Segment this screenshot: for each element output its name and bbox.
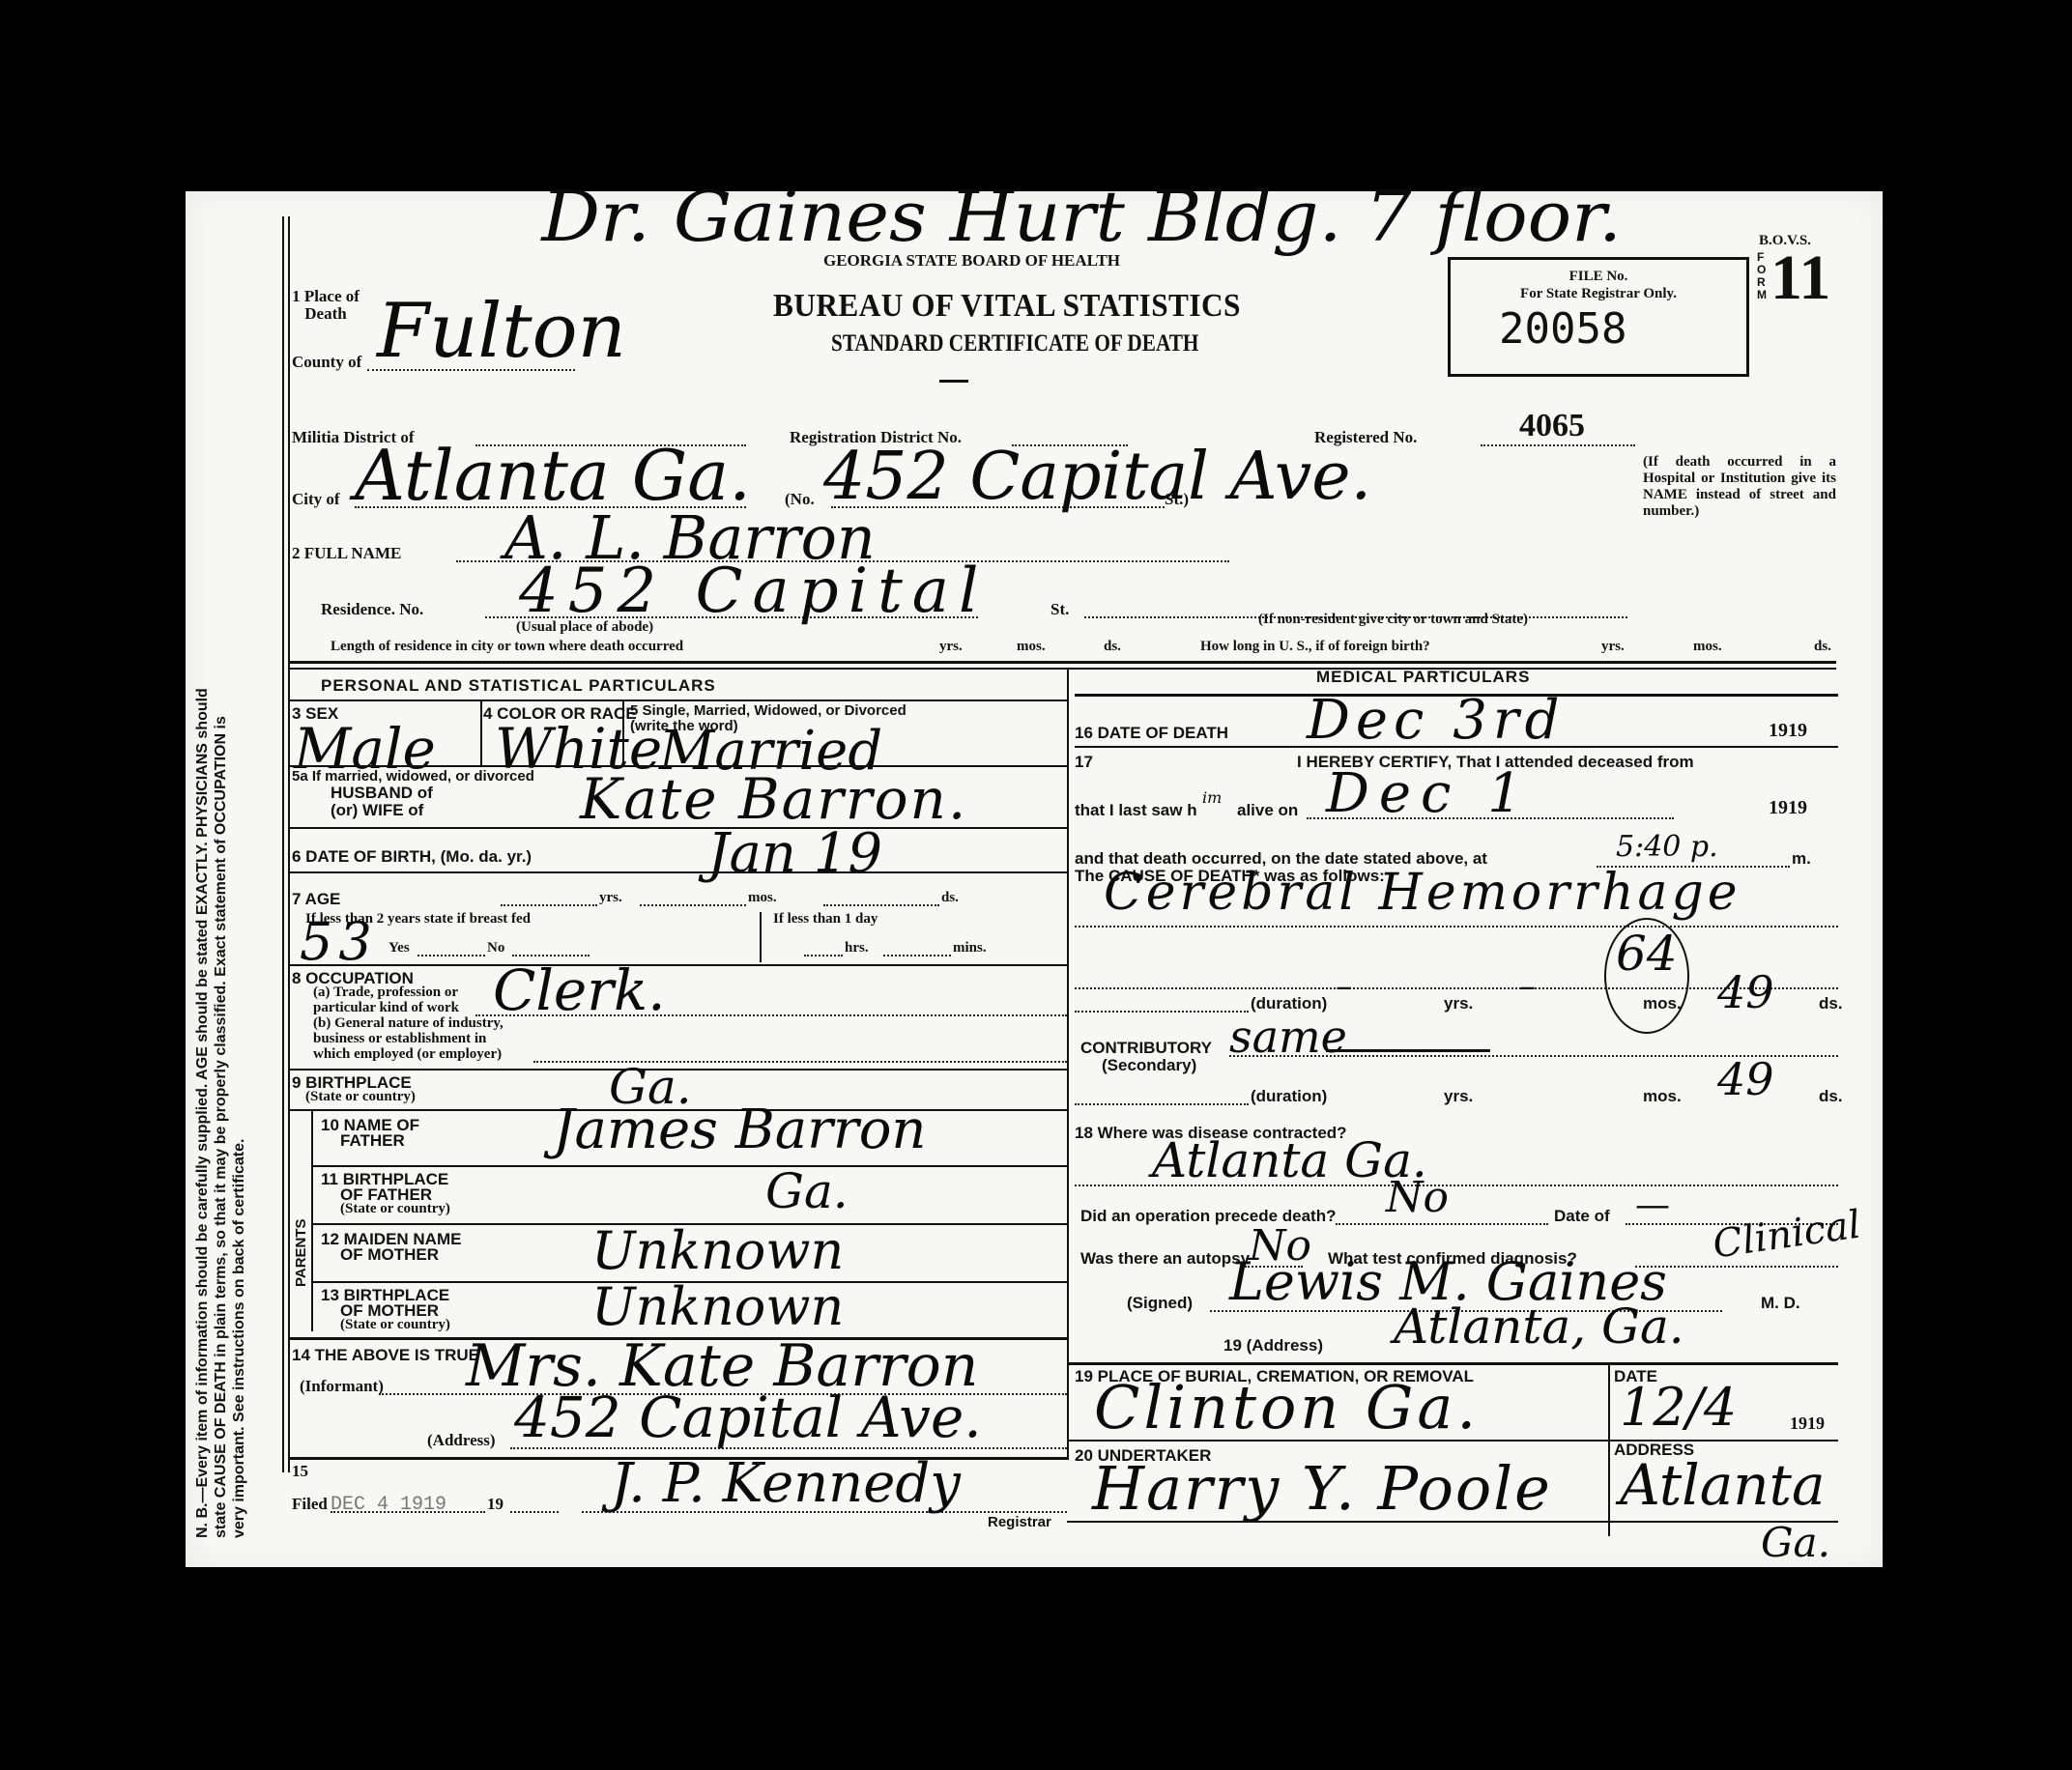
rule: [622, 701, 624, 765]
length-ds: ds.: [1104, 640, 1121, 655]
cause-ds-unit: ds.: [1819, 995, 1843, 1013]
date-of-death-label: 16 DATE OF DEATH: [1075, 725, 1228, 742]
rule: [480, 701, 482, 765]
dotline: [1075, 926, 1838, 928]
occupation-a2-label: particular kind of work: [313, 1001, 459, 1016]
dotline: [510, 1511, 559, 1513]
rule: [290, 871, 1067, 873]
contributory-value: same: [1229, 1014, 1347, 1059]
dotline: [883, 955, 951, 956]
spouse-label-a: 5a If married, widowed, or divorced: [292, 769, 534, 785]
title-rule: [939, 380, 968, 383]
file-no-label: FILE No.: [1451, 270, 1746, 285]
autopsy-label: Was there an autopsy: [1080, 1250, 1250, 1268]
section-rule-2: [290, 668, 1836, 670]
contributory-mos-unit: mos.: [1643, 1088, 1682, 1105]
rule: [290, 699, 1067, 701]
contributory-label: CONTRIBUTORY: [1080, 1040, 1212, 1057]
cause-duration-ds: 49: [1717, 970, 1774, 1014]
alive-on-label: alive on: [1237, 802, 1298, 819]
father-birthplace-sub: (State or country): [340, 1202, 450, 1217]
age-value: 53: [300, 916, 378, 968]
city-value: Atlanta Ga.: [355, 441, 751, 510]
occupation-b2-label: business or establishment in: [313, 1032, 486, 1047]
rule: [290, 827, 1067, 829]
residence-value: 452 Capital: [519, 560, 988, 622]
last-saw-label: that I last saw h: [1075, 802, 1197, 819]
burial-value: Clinton Ga.: [1094, 1378, 1480, 1438]
informant-address: 452 Capital Ave.: [514, 1389, 982, 1445]
contributory-duration-ds: 49: [1717, 1057, 1774, 1101]
place-of-death-label: 1 Place of Death: [292, 288, 360, 323]
filed-item-number: 15: [292, 1463, 308, 1480]
operation-date-label: Date of: [1554, 1208, 1610, 1225]
registered-no: 4065: [1519, 408, 1585, 444]
mother-birthplace-value: Unknown: [591, 1281, 844, 1333]
contributory-ds-unit: ds.: [1819, 1088, 1843, 1105]
dob-label: 6 DATE OF BIRTH, (Mo. da. yr.): [292, 848, 532, 866]
dotline: [1075, 1185, 1838, 1186]
breast-fed-no: No: [487, 941, 504, 956]
spouse-label-c: (or) WIFE of: [331, 802, 423, 819]
father-name-label2: FATHER: [340, 1132, 405, 1150]
abode-note: (Usual place of abode): [516, 620, 653, 636]
mother-maiden-value: Unknown: [591, 1225, 844, 1277]
undertaker-value: Harry Y. Poole: [1092, 1459, 1552, 1519]
date-of-death-value: Dec 3rd: [1307, 694, 1565, 748]
less-day-label: If less than 1 day: [773, 912, 878, 928]
dotline: [1075, 1103, 1249, 1105]
registered-dotline: [1481, 444, 1635, 446]
cause-value: Cerebral Hemorrhage: [1104, 868, 1741, 918]
operation-date-value: —: [1635, 1188, 1670, 1223]
dotline: [417, 955, 485, 956]
foreign-mos: mos.: [1693, 640, 1722, 655]
spouse-label-b: HUSBAND of: [331, 785, 433, 802]
full-name-label: 2 FULL NAME: [292, 545, 401, 562]
cause-code: 64: [1616, 929, 1678, 978]
informant-label: (Informant): [300, 1378, 384, 1395]
length-mos: mos.: [1017, 640, 1046, 655]
dotline: [1336, 1223, 1548, 1225]
undertaker-address: Atlanta: [1620, 1457, 1826, 1513]
county-label: County of: [292, 354, 361, 371]
filed-label: Filed: [292, 1496, 328, 1513]
sidebar-notice-line2: state CAUSE OF DEATH in plain terms, so …: [212, 716, 230, 1538]
rule: [1075, 746, 1838, 748]
informant-address-label: (Address): [427, 1432, 496, 1449]
cause-duration-mos: –: [1519, 970, 1536, 1003]
signed-label: (Signed): [1127, 1295, 1193, 1312]
operation-value: No: [1386, 1177, 1449, 1219]
column-divider: [1067, 668, 1069, 1460]
occupation-b-label: (b) General nature of industry,: [313, 1016, 504, 1032]
burial-date-year: 1919: [1790, 1414, 1825, 1433]
age-mos-unit: mos.: [748, 891, 777, 906]
parents-bracket: [311, 1109, 313, 1331]
cause-yrs-unit: yrs.: [1444, 995, 1473, 1013]
dotline: [640, 904, 746, 906]
md-suffix: M. D.: [1761, 1295, 1800, 1312]
city-label: City of: [292, 491, 340, 508]
spouse-value: Kate Barron.: [580, 771, 967, 827]
handwritten-note: Dr. Gaines Hurt Bldg. 7 floor.: [541, 182, 1622, 251]
foreign-yrs: yrs.: [1601, 640, 1625, 655]
form-number: 11: [1770, 242, 1830, 315]
occupation-a-label: (a) Trade, profession or: [313, 985, 458, 1001]
board-title: GEORGIA STATE BOARD OF HEALTH: [823, 251, 1120, 271]
time-of-death-value: 5:40 p.: [1616, 833, 1718, 862]
burial-date-value: 12/4: [1620, 1382, 1737, 1434]
father-birthplace-value: Ga.: [765, 1167, 849, 1215]
parents-label: PARENTS: [292, 1218, 310, 1287]
file-registrar-label: For State Registrar Only.: [1451, 287, 1746, 302]
rule: [1067, 1440, 1838, 1442]
last-saw-pronoun: im: [1202, 790, 1222, 806]
certify-item-number: 17: [1075, 754, 1093, 771]
dotline: [823, 904, 939, 906]
foreign-birth-label: How long in U. S., if of foreign birth?: [1200, 640, 1430, 655]
last-saw-value: Dec 1: [1326, 767, 1532, 821]
death-certificate-page: N. B.—Every item of information should b…: [186, 191, 1883, 1567]
contributory-sub: (Secondary): [1102, 1057, 1196, 1074]
registrar-label: Registrar: [988, 1515, 1051, 1530]
contributory-yrs-unit: yrs.: [1444, 1088, 1473, 1105]
burial-date-divider: [1608, 1362, 1610, 1536]
form-label: FORM: [1757, 251, 1767, 301]
physician-address-value: Atlanta, Ga.: [1394, 1302, 1684, 1351]
dotline: [501, 904, 597, 906]
dotline: [1075, 1011, 1249, 1013]
dotline: [512, 955, 590, 956]
filed-year-prefix: 19: [487, 1496, 504, 1513]
rule: [1067, 1521, 1838, 1523]
test-value: Clinical: [1711, 1205, 1863, 1264]
dotline: [804, 955, 843, 956]
bureau-title: BUREAU OF VITAL STATISTICS: [773, 288, 1241, 325]
cause-duration-yrs: –: [1336, 970, 1352, 1003]
residence-label: Residence. No.: [321, 601, 423, 618]
age-mins-unit: mins.: [953, 941, 987, 956]
informant-title: 14 THE ABOVE IS TRUE: [292, 1347, 479, 1364]
nonresident-note: (If non-resident give city or town and S…: [1258, 613, 1528, 628]
cause-mos-unit: mos.: [1643, 995, 1682, 1013]
sidebar-notice-line3: very important. See instructions on back…: [230, 1139, 248, 1538]
personal-section-title: PERSONAL AND STATISTICAL PARTICULARS: [321, 677, 716, 695]
file-number: 20058: [1499, 304, 1626, 354]
registrar-signature: J. P. Kennedy: [611, 1457, 961, 1511]
physician-address-label: 19 (Address): [1223, 1337, 1323, 1355]
length-yrs: yrs.: [939, 640, 963, 655]
age-hrs-unit: hrs.: [845, 941, 869, 956]
rule: [290, 964, 1067, 966]
occupation-value: Clerk.: [493, 962, 666, 1018]
left-border: [282, 216, 284, 1472]
length-residence-label: Length of residence in city or town wher…: [331, 640, 683, 655]
age-ds-unit: ds.: [941, 891, 959, 906]
mother-maiden-label2: OF MOTHER: [340, 1246, 439, 1264]
section-rule-1: [290, 661, 1836, 664]
left-border-inner: [288, 216, 290, 1472]
age-label: 7 AGE: [292, 891, 340, 908]
breast-fed-yes: Yes: [388, 941, 410, 956]
file-number-box: FILE No. For State Registrar Only. 20058: [1448, 257, 1749, 377]
dotline: [331, 1511, 485, 1513]
age-yrs-unit: yrs.: [599, 891, 622, 906]
street-value: 452 Capital Ave.: [823, 444, 1371, 510]
time-suffix: m.: [1792, 850, 1811, 868]
foreign-ds: ds.: [1814, 640, 1831, 655]
undertaker-address-state: Ga.: [1761, 1523, 1830, 1563]
certificate-title: STANDARD CERTIFICATE OF DEATH: [831, 330, 1198, 357]
residence-st-label: St.: [1050, 601, 1069, 618]
date-of-death-year: 1919: [1769, 721, 1807, 741]
hospital-note: (If death occurred in a Hospital or Inst…: [1643, 454, 1836, 520]
mother-birthplace-sub: (State or country): [340, 1318, 450, 1333]
birthplace-sub: (State or country): [305, 1090, 416, 1105]
rule: [760, 912, 762, 962]
sidebar-notice-line1: N. B.—Every item of information should b…: [193, 688, 212, 1538]
rule: [313, 1165, 1067, 1167]
contributory-strike: [1326, 1049, 1490, 1052]
contributory-duration-label: (duration): [1251, 1088, 1327, 1105]
county-value: Fulton: [377, 294, 626, 369]
rule: [1067, 1362, 1838, 1365]
occupation-b3-label: which employed (or employer): [313, 1047, 502, 1063]
father-name-value: James Barron: [553, 1103, 926, 1157]
last-saw-year: 1919: [1769, 798, 1807, 818]
medical-section-title: MEDICAL PARTICULARS: [1316, 669, 1530, 686]
